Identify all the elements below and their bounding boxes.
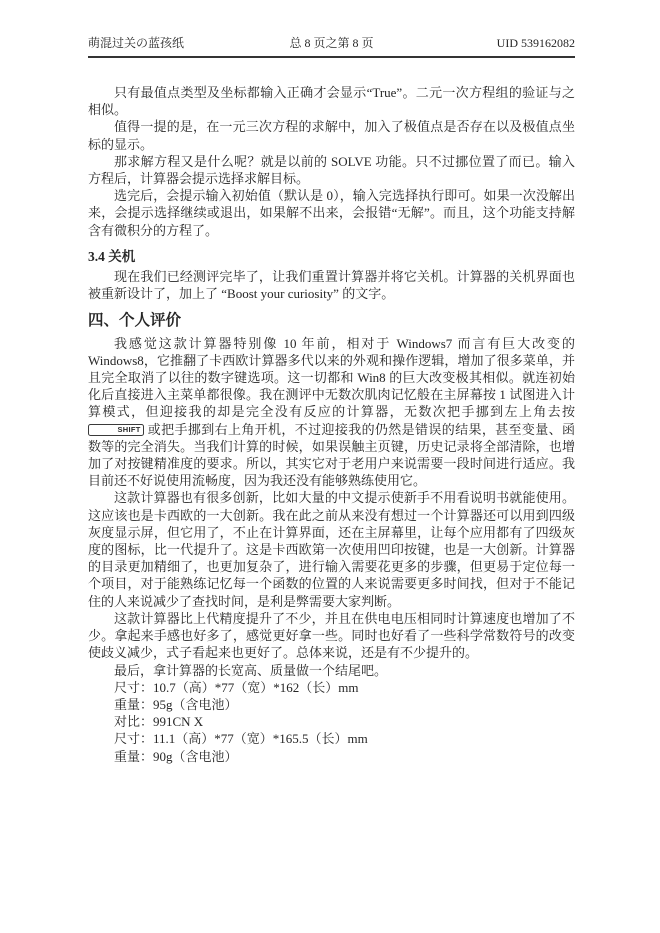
spec-list: 尺寸：10.7（高）*77（宽）*162（长）mm 重量：95g（含电池） 对比… [88, 679, 575, 765]
page-header: 萌混过关の蓝孩纸 总 8 页之第 8 页 UID 539162082 [88, 36, 575, 58]
spec-line-compare-model: 对比：991CN X [88, 713, 575, 730]
paragraph-review-closing: 最后，拿计算器的长宽高、质量做一个结尾吧。 [88, 662, 575, 679]
paragraph-review-windows-text-b: 或把手挪到右上角开机，不过迎接我的仍然是错误的结果，甚至变量、函数等的完全消失。… [88, 422, 575, 489]
paragraph-review-precision: 这款计算器比上代精度提升了不少，并且在供电电压相同时计算速度也增加了不少。拿起来… [88, 610, 575, 662]
section-heading-shutdown: 3.4 关机 [88, 248, 575, 265]
paragraph-true-validation: 只有最值点类型及坐标都输入正确才会显示“True”。二元一次方程组的验证与之相似… [88, 84, 575, 118]
shift-key-icon: SHIFT [88, 424, 144, 436]
page-content: 萌混过关の蓝孩纸 总 8 页之第 8 页 UID 539162082 只有最值点… [88, 36, 575, 765]
section-heading-personal-review: 四、个人评价 [88, 312, 575, 329]
header-uid: UID 539162082 [413, 36, 575, 51]
paragraph-shutdown: 现在我们已经测评完毕了，让我们重置计算器并将它关机。计算器的关机界面也被重新设计… [88, 268, 575, 302]
document-page: 萌混过关の蓝孩纸 总 8 页之第 8 页 UID 539162082 只有最值点… [0, 0, 660, 933]
paragraph-review-windows-text-a: 我感觉这款计算器特别像 10 年前，相对于 Windows7 而言有巨大改变的 … [88, 336, 575, 420]
spec-line-weight: 重量：95g（含电池） [88, 696, 575, 713]
paragraph-solve-function: 那求解方程又是什么呢？就是以前的 SOLVE 功能。只不过挪位置了而已。输入方程… [88, 153, 575, 187]
paragraph-review-windows: 我感觉这款计算器特别像 10 年前，相对于 Windows7 而言有巨大改变的 … [88, 335, 575, 490]
paragraph-initial-value: 选完后，会提示输入初始值（默认是 0），输入完选择执行即可。如果一次没解出来，会… [88, 187, 575, 239]
spec-line-compare-dimensions: 尺寸：11.1（高）*77（宽）*165.5（长）mm [88, 730, 575, 747]
spec-line-dimensions: 尺寸：10.7（高）*77（宽）*162（长）mm [88, 679, 575, 696]
paragraph-cubic-extremum: 值得一提的是，在一元三次方程的求解中，加入了极值点是否存在以及极值点坐标的显示。 [88, 118, 575, 152]
header-author: 萌混过关の蓝孩纸 [88, 36, 250, 51]
paragraph-review-innovation: 这款计算器也有很多创新，比如大量的中文提示使新手不用看说明书就能使用。这应该也是… [88, 489, 575, 609]
document-body: 只有最值点类型及坐标都输入正确才会显示“True”。二元一次方程组的验证与之相似… [88, 84, 575, 765]
header-page-indicator: 总 8 页之第 8 页 [250, 36, 412, 51]
spec-line-compare-weight: 重量：90g（含电池） [88, 748, 575, 765]
